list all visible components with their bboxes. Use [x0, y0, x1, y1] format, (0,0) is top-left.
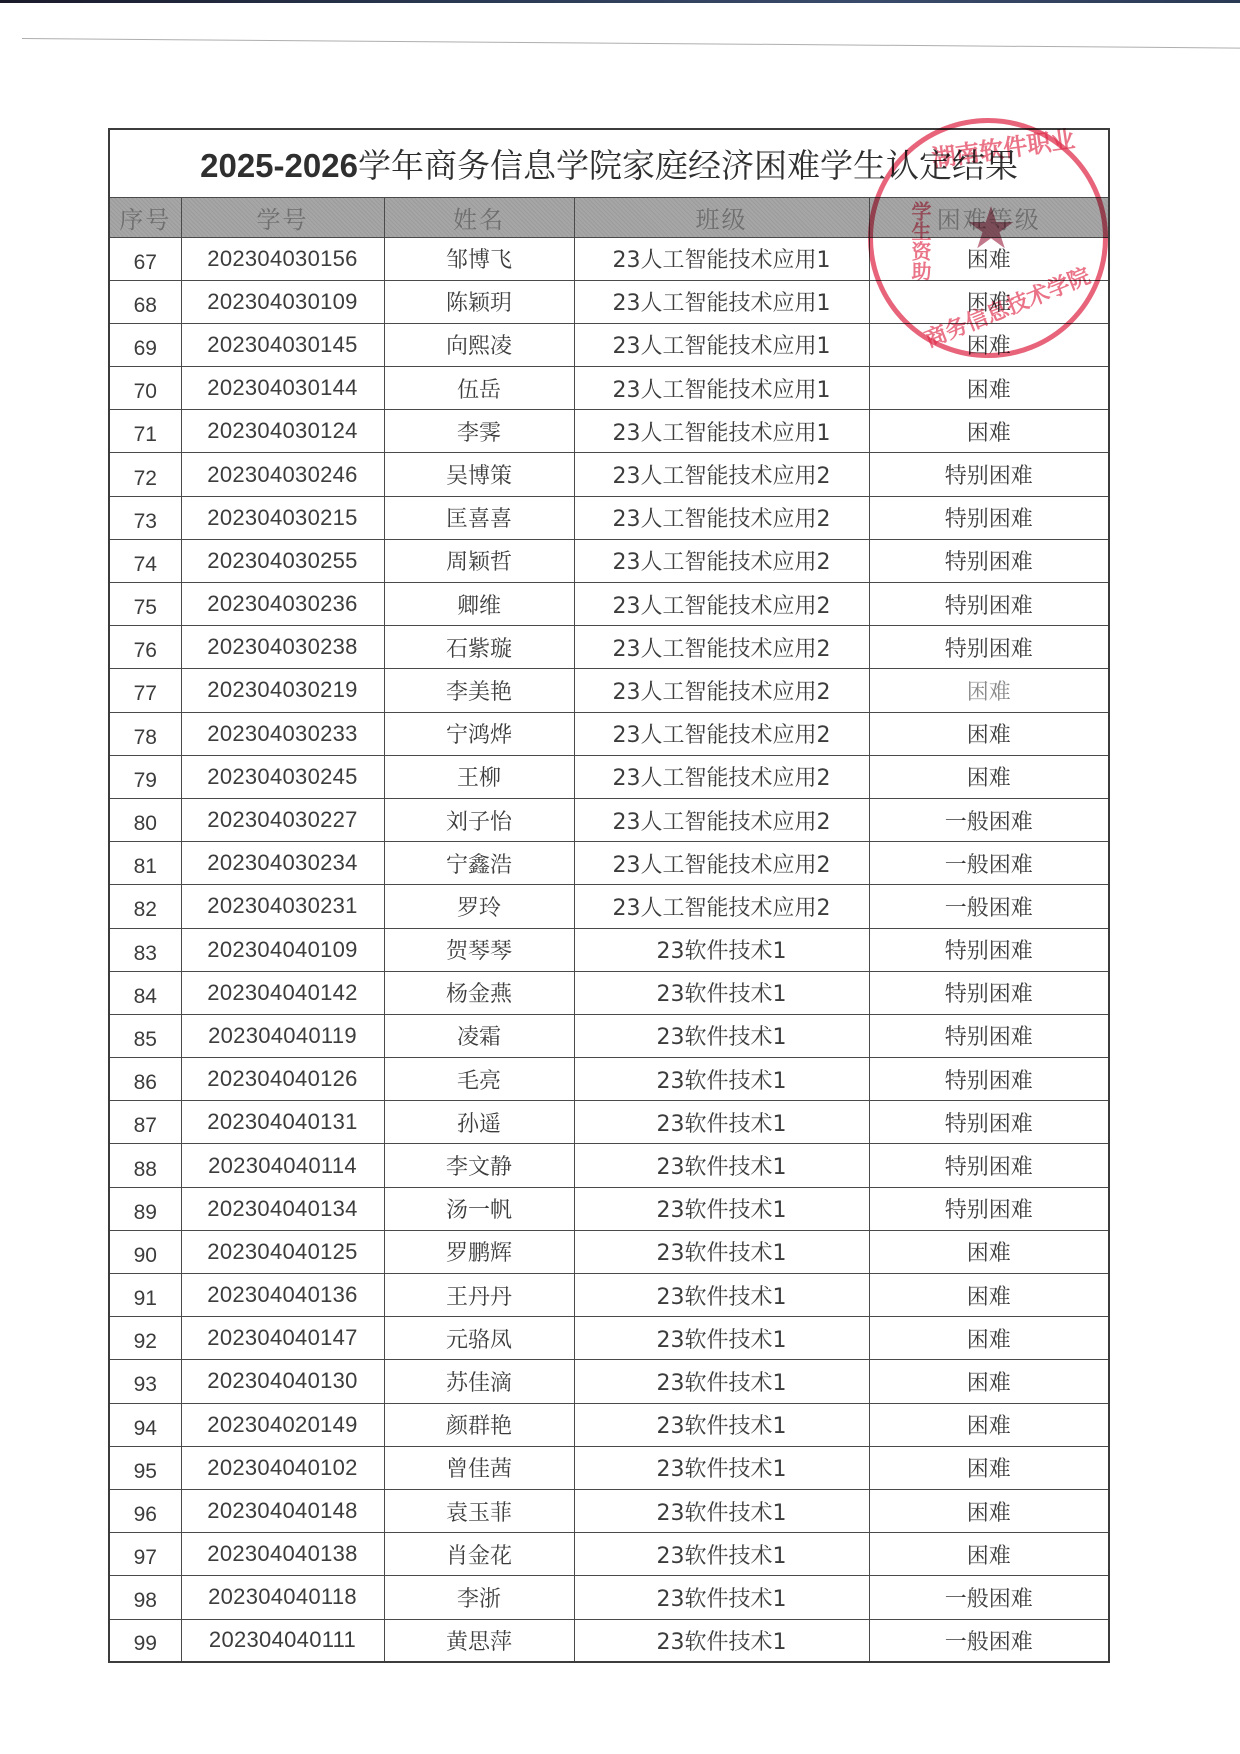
row-seq: 94: [109, 1403, 181, 1446]
row-name: 宁鸿烨: [384, 712, 574, 755]
table-row: 79202304030245王柳23人工智能技术应用2困难: [109, 755, 1109, 798]
row-seq: 83: [109, 928, 181, 971]
row-class: 23人工智能技术应用1: [574, 410, 869, 453]
row-name: 向熙凌: [384, 323, 574, 366]
row-student-id: 202304030219: [181, 669, 384, 712]
row-student-id: 202304040114: [181, 1144, 384, 1187]
row-class: 23软件技术1: [574, 928, 869, 971]
roster-body: 67202304030156邹博飞23人工智能技术应用1困难6820230403…: [109, 237, 1109, 1662]
row-class: 23软件技术1: [574, 971, 869, 1014]
row-seq: 76: [109, 626, 181, 669]
row-level: 困难: [869, 1489, 1109, 1532]
row-class: 23人工智能技术应用2: [574, 626, 869, 669]
row-name: 李文静: [384, 1144, 574, 1187]
row-level: 特别困难: [869, 1058, 1109, 1101]
row-name: 袁玉菲: [384, 1489, 574, 1532]
table-row: 75202304030236卿维23人工智能技术应用2特别困难: [109, 583, 1109, 626]
row-name: 毛亮: [384, 1058, 574, 1101]
column-header-student-id: 学号: [181, 197, 384, 237]
row-class: 23人工智能技术应用1: [574, 367, 869, 410]
row-student-id: 202304040118: [181, 1576, 384, 1619]
column-header-level: 困难等级: [869, 197, 1109, 237]
document-title: 2025-2026学年商务信息学院家庭经济困难学生认定结果: [109, 129, 1109, 197]
row-student-id: 202304040125: [181, 1230, 384, 1273]
row-name: 宁鑫浩: [384, 842, 574, 885]
row-seq: 87: [109, 1101, 181, 1144]
row-seq: 70: [109, 367, 181, 410]
row-name: 汤一帆: [384, 1187, 574, 1230]
row-seq: 98: [109, 1576, 181, 1619]
row-student-id: 202304040130: [181, 1360, 384, 1403]
row-class: 23软件技术1: [574, 1144, 869, 1187]
row-level: 困难: [869, 410, 1109, 453]
row-seq: 80: [109, 798, 181, 841]
row-student-id: 202304030156: [181, 237, 384, 280]
row-seq: 74: [109, 539, 181, 582]
row-seq: 81: [109, 842, 181, 885]
row-seq: 86: [109, 1058, 181, 1101]
table-row: 72202304030246吴博策23人工智能技术应用2特别困难: [109, 453, 1109, 496]
difficulty-roster-table: 2025-2026学年商务信息学院家庭经济困难学生认定结果 序号 学号 姓名 班…: [108, 128, 1110, 1663]
row-student-id: 202304040109: [181, 928, 384, 971]
column-header-seq: 序号: [109, 197, 181, 237]
row-class: 23人工智能技术应用1: [574, 237, 869, 280]
row-class: 23人工智能技术应用2: [574, 712, 869, 755]
table-row: 94202304020149颜群艳23软件技术1困难: [109, 1403, 1109, 1446]
row-name: 肖金花: [384, 1533, 574, 1576]
row-student-id: 202304040147: [181, 1317, 384, 1360]
row-seq: 73: [109, 496, 181, 539]
row-seq: 96: [109, 1489, 181, 1532]
row-level: 困难: [869, 1360, 1109, 1403]
row-level: 困难: [869, 1446, 1109, 1489]
table-row: 89202304040134汤一帆23软件技术1特别困难: [109, 1187, 1109, 1230]
row-student-id: 202304030255: [181, 539, 384, 582]
row-class: 23软件技术1: [574, 1101, 869, 1144]
row-level: 困难: [869, 237, 1109, 280]
row-seq: 85: [109, 1014, 181, 1057]
row-student-id: 202304040119: [181, 1014, 384, 1057]
row-class: 23人工智能技术应用1: [574, 280, 869, 323]
row-class: 23人工智能技术应用2: [574, 539, 869, 582]
scan-top-edge: [0, 0, 1240, 3]
row-seq: 71: [109, 410, 181, 453]
row-level: 困难: [869, 755, 1109, 798]
row-level: 特别困难: [869, 583, 1109, 626]
row-level: 困难: [869, 1317, 1109, 1360]
row-student-id: 202304030227: [181, 798, 384, 841]
table-row: 98202304040118李浙23软件技术1一般困难: [109, 1576, 1109, 1619]
row-level: 一般困难: [869, 1619, 1109, 1662]
table-row: 96202304040148袁玉菲23软件技术1困难: [109, 1489, 1109, 1532]
row-level: 一般困难: [869, 798, 1109, 841]
row-student-id: 202304040131: [181, 1101, 384, 1144]
row-class: 23人工智能技术应用2: [574, 842, 869, 885]
row-class: 23人工智能技术应用2: [574, 496, 869, 539]
row-name: 伍岳: [384, 367, 574, 410]
row-name: 孙遥: [384, 1101, 574, 1144]
table-row: 93202304040130苏佳滴23软件技术1困难: [109, 1360, 1109, 1403]
row-name: 贺琴琴: [384, 928, 574, 971]
row-student-id: 202304040148: [181, 1489, 384, 1532]
row-name: 吴博策: [384, 453, 574, 496]
scan-fold-line: [22, 38, 1240, 49]
row-student-id: 202304040126: [181, 1058, 384, 1101]
table-row: 67202304030156邹博飞23人工智能技术应用1困难: [109, 237, 1109, 280]
row-student-id: 202304030246: [181, 453, 384, 496]
row-name: 刘子怡: [384, 798, 574, 841]
row-student-id: 202304040138: [181, 1533, 384, 1576]
roster-sheet: 2025-2026学年商务信息学院家庭经济困难学生认定结果 序号 学号 姓名 班…: [108, 128, 1108, 1663]
table-row: 95202304040102曾佳茜23软件技术1困难: [109, 1446, 1109, 1489]
table-row: 97202304040138肖金花23软件技术1困难: [109, 1533, 1109, 1576]
row-name: 卿维: [384, 583, 574, 626]
row-class: 23人工智能技术应用2: [574, 798, 869, 841]
table-row: 69202304030145向熙凌23人工智能技术应用1困难: [109, 323, 1109, 366]
row-class: 23软件技术1: [574, 1014, 869, 1057]
table-row: 90202304040125罗鹏辉23软件技术1困难: [109, 1230, 1109, 1273]
row-level: 困难: [869, 367, 1109, 410]
table-row: 82202304030231罗玲23人工智能技术应用2一般困难: [109, 885, 1109, 928]
row-seq: 69: [109, 323, 181, 366]
row-seq: 99: [109, 1619, 181, 1662]
row-student-id: 202304030144: [181, 367, 384, 410]
row-class: 23人工智能技术应用2: [574, 669, 869, 712]
row-student-id: 202304030234: [181, 842, 384, 885]
row-level: 一般困难: [869, 842, 1109, 885]
row-name: 李浙: [384, 1576, 574, 1619]
row-student-id: 202304020149: [181, 1403, 384, 1446]
row-seq: 95: [109, 1446, 181, 1489]
row-student-id: 202304040142: [181, 971, 384, 1014]
table-row: 73202304030215匡喜喜23人工智能技术应用2特别困难: [109, 496, 1109, 539]
row-name: 周颖哲: [384, 539, 574, 582]
row-seq: 82: [109, 885, 181, 928]
row-level: 特别困难: [869, 928, 1109, 971]
row-name: 罗鹏辉: [384, 1230, 574, 1273]
row-level: 特别困难: [869, 1014, 1109, 1057]
row-name: 罗玲: [384, 885, 574, 928]
row-seq: 93: [109, 1360, 181, 1403]
table-row: 77202304030219李美艳23人工智能技术应用2困难: [109, 669, 1109, 712]
column-header-class: 班级: [574, 197, 869, 237]
row-student-id: 202304040102: [181, 1446, 384, 1489]
row-student-id: 202304040136: [181, 1274, 384, 1317]
table-row: 70202304030144伍岳23人工智能技术应用1困难: [109, 367, 1109, 410]
row-student-id: 202304030124: [181, 410, 384, 453]
row-class: 23软件技术1: [574, 1058, 869, 1101]
row-seq: 68: [109, 280, 181, 323]
row-name: 匡喜喜: [384, 496, 574, 539]
row-level: 困难: [869, 712, 1109, 755]
row-level: 一般困难: [869, 1576, 1109, 1619]
title-year: 2025-2026: [200, 147, 358, 184]
row-student-id: 202304030109: [181, 280, 384, 323]
row-level: 困难: [869, 1533, 1109, 1576]
row-student-id: 202304030245: [181, 755, 384, 798]
row-name: 陈颖玥: [384, 280, 574, 323]
table-row: 92202304040147元骆凤23软件技术1困难: [109, 1317, 1109, 1360]
row-class: 23软件技术1: [574, 1187, 869, 1230]
row-level: 特别困难: [869, 1187, 1109, 1230]
row-class: 23人工智能技术应用2: [574, 755, 869, 798]
row-name: 颜群艳: [384, 1403, 574, 1446]
row-student-id: 202304040111: [181, 1619, 384, 1662]
row-level: 困难: [869, 323, 1109, 366]
row-class: 23软件技术1: [574, 1576, 869, 1619]
row-student-id: 202304030236: [181, 583, 384, 626]
row-student-id: 202304040134: [181, 1187, 384, 1230]
row-class: 23人工智能技术应用1: [574, 323, 869, 366]
row-level: 特别困难: [869, 1144, 1109, 1187]
row-seq: 89: [109, 1187, 181, 1230]
row-class: 23软件技术1: [574, 1403, 869, 1446]
row-level: 一般困难: [869, 885, 1109, 928]
row-student-id: 202304030145: [181, 323, 384, 366]
row-student-id: 202304030233: [181, 712, 384, 755]
row-name: 凌霜: [384, 1014, 574, 1057]
row-seq: 92: [109, 1317, 181, 1360]
row-seq: 90: [109, 1230, 181, 1273]
row-seq: 88: [109, 1144, 181, 1187]
row-seq: 75: [109, 583, 181, 626]
row-level: 特别困难: [869, 453, 1109, 496]
row-class: 23人工智能技术应用2: [574, 885, 869, 928]
row-class: 23软件技术1: [574, 1619, 869, 1662]
table-row: 88202304040114李文静23软件技术1特别困难: [109, 1144, 1109, 1187]
row-level: 特别困难: [869, 496, 1109, 539]
table-row: 85202304040119凌霜23软件技术1特别困难: [109, 1014, 1109, 1057]
table-row: 99202304040111黄思萍23软件技术1一般困难: [109, 1619, 1109, 1662]
table-row: 68202304030109陈颖玥23人工智能技术应用1困难: [109, 280, 1109, 323]
title-text: 学年商务信息学院家庭经济困难学生认定结果: [358, 146, 1018, 185]
row-name: 黄思萍: [384, 1619, 574, 1662]
row-level: 特别困难: [869, 1101, 1109, 1144]
row-seq: 67: [109, 237, 181, 280]
table-row: 83202304040109贺琴琴23软件技术1特别困难: [109, 928, 1109, 971]
row-level: 困难: [869, 1230, 1109, 1273]
table-row: 71202304030124李霁23人工智能技术应用1困难: [109, 410, 1109, 453]
table-row: 76202304030238石紫璇23人工智能技术应用2特别困难: [109, 626, 1109, 669]
table-row: 84202304040142杨金燕23软件技术1特别困难: [109, 971, 1109, 1014]
row-seq: 78: [109, 712, 181, 755]
row-student-id: 202304030215: [181, 496, 384, 539]
table-row: 78202304030233宁鸿烨23人工智能技术应用2困难: [109, 712, 1109, 755]
row-level: 特别困难: [869, 539, 1109, 582]
row-class: 23人工智能技术应用2: [574, 583, 869, 626]
row-seq: 79: [109, 755, 181, 798]
row-level: 困难: [869, 1274, 1109, 1317]
row-level: 困难: [869, 1403, 1109, 1446]
row-class: 23软件技术1: [574, 1230, 869, 1273]
row-class: 23软件技术1: [574, 1489, 869, 1532]
table-row: 81202304030234宁鑫浩23人工智能技术应用2一般困难: [109, 842, 1109, 885]
column-header-name: 姓名: [384, 197, 574, 237]
row-name: 李霁: [384, 410, 574, 453]
table-row: 87202304040131孙遥23软件技术1特别困难: [109, 1101, 1109, 1144]
row-seq: 97: [109, 1533, 181, 1576]
row-level: 特别困难: [869, 971, 1109, 1014]
row-name: 元骆凤: [384, 1317, 574, 1360]
row-class: 23软件技术1: [574, 1317, 869, 1360]
row-class: 23软件技术1: [574, 1274, 869, 1317]
row-seq: 72: [109, 453, 181, 496]
column-header-row: 序号 学号 姓名 班级 困难等级: [109, 197, 1109, 237]
row-name: 苏佳滴: [384, 1360, 574, 1403]
row-level: 困难: [869, 669, 1109, 712]
row-name: 杨金燕: [384, 971, 574, 1014]
row-name: 王丹丹: [384, 1274, 574, 1317]
row-name: 石紫璇: [384, 626, 574, 669]
row-class: 23软件技术1: [574, 1446, 869, 1489]
row-student-id: 202304030231: [181, 885, 384, 928]
row-seq: 77: [109, 669, 181, 712]
row-name: 李美艳: [384, 669, 574, 712]
row-class: 23软件技术1: [574, 1533, 869, 1576]
row-class: 23人工智能技术应用2: [574, 453, 869, 496]
row-class: 23软件技术1: [574, 1360, 869, 1403]
row-name: 王柳: [384, 755, 574, 798]
row-student-id: 202304030238: [181, 626, 384, 669]
table-row: 86202304040126毛亮23软件技术1特别困难: [109, 1058, 1109, 1101]
row-name: 曾佳茜: [384, 1446, 574, 1489]
table-row: 80202304030227刘子怡23人工智能技术应用2一般困难: [109, 798, 1109, 841]
row-seq: 91: [109, 1274, 181, 1317]
row-name: 邹博飞: [384, 237, 574, 280]
row-level: 特别困难: [869, 626, 1109, 669]
row-seq: 84: [109, 971, 181, 1014]
table-row: 74202304030255周颖哲23人工智能技术应用2特别困难: [109, 539, 1109, 582]
row-level: 困难: [869, 280, 1109, 323]
table-row: 91202304040136王丹丹23软件技术1困难: [109, 1274, 1109, 1317]
